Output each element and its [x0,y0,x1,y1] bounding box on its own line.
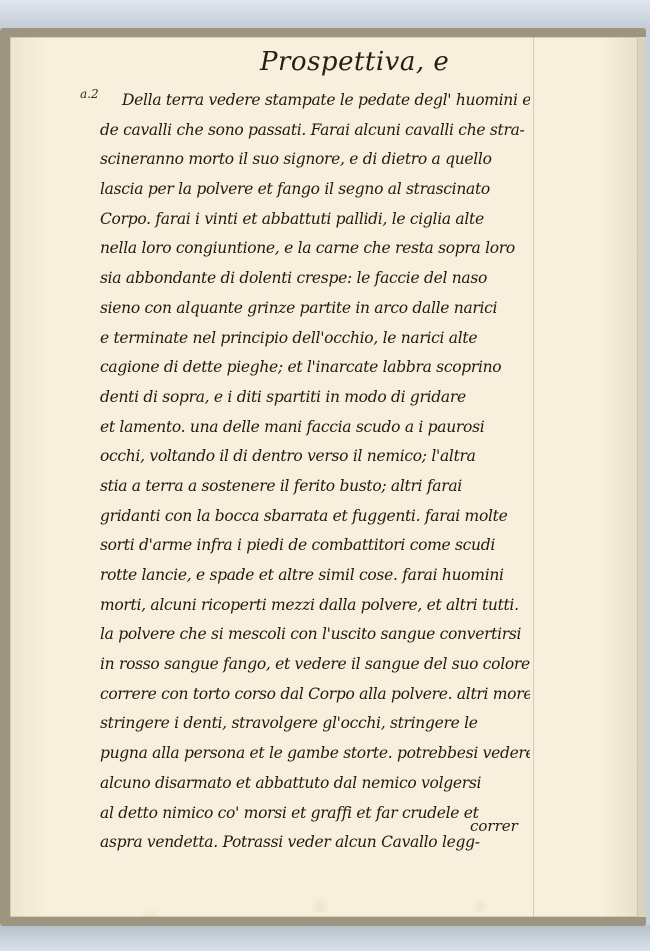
text-line: pugna alla persona et le gambe storte. p… [100,739,530,769]
text-line: et lamento. una delle mani faccia scudo … [100,413,530,443]
text-line: al detto nimico co' morsi et graffi et f… [100,799,530,829]
text-line: Corpo. farai i vinti et abbattuti pallid… [100,205,530,235]
page-fore-edge [638,37,646,917]
margin-ruling-line [533,37,534,917]
text-line: nella loro congiuntione, e la carne che … [100,234,530,264]
text-line: correre con torto corso dal Corpo alla p… [100,680,530,710]
text-line: alcuno disarmato et abbattuto dal nemico… [100,769,530,799]
text-line: sia abbondante di dolenti crespe: le fac… [100,264,530,294]
text-line: stringere i denti, stravolgere gl'occhi,… [100,709,530,739]
text-line: rotte lancie, e spade et altre simil cos… [100,561,530,591]
text-line: de cavalli che sono passati. Farai alcun… [100,116,530,146]
background-top [0,0,650,30]
catchword: correr [470,817,518,835]
text-line: stia a terra a sostenere il ferito busto… [100,472,530,502]
text-line: morti, alcuni ricoperti mezzi dalla polv… [100,591,530,621]
text-line: scineranno morto il suo signore, e di di… [100,145,530,175]
text-line: sieno con alquante grinze partite in arc… [100,294,530,324]
text-line: lascia per la polvere et fango il segno … [100,175,530,205]
text-line: e terminate nel principio dell'occhio, l… [100,324,530,354]
text-line: cagione di dette pieghe; et l'inarcate l… [100,353,530,383]
text-line: in rosso sangue fango, et vedere il sang… [100,650,530,680]
text-line: aspra vendetta. Potrassi veder alcun Cav… [100,828,530,858]
text-line: occhi, voltando il di dentro verso il ne… [100,442,530,472]
background-bottom [0,925,650,951]
text-line: la polvere che si mescoli con l'uscito s… [100,620,530,650]
manuscript-text: Della terra vedere stampate le pedate de… [100,86,530,858]
page-title: Prospettiva, e [260,47,449,77]
text-line: Della terra vedere stampate le pedate de… [100,86,530,116]
text-line: denti di sopra, e i diti spartiti in mod… [100,383,530,413]
margin-note: a.2 [80,87,99,101]
text-line: gridanti con la bocca sbarrata et fuggen… [100,502,530,532]
text-line: sorti d'arme infra i piedi de combattito… [100,531,530,561]
